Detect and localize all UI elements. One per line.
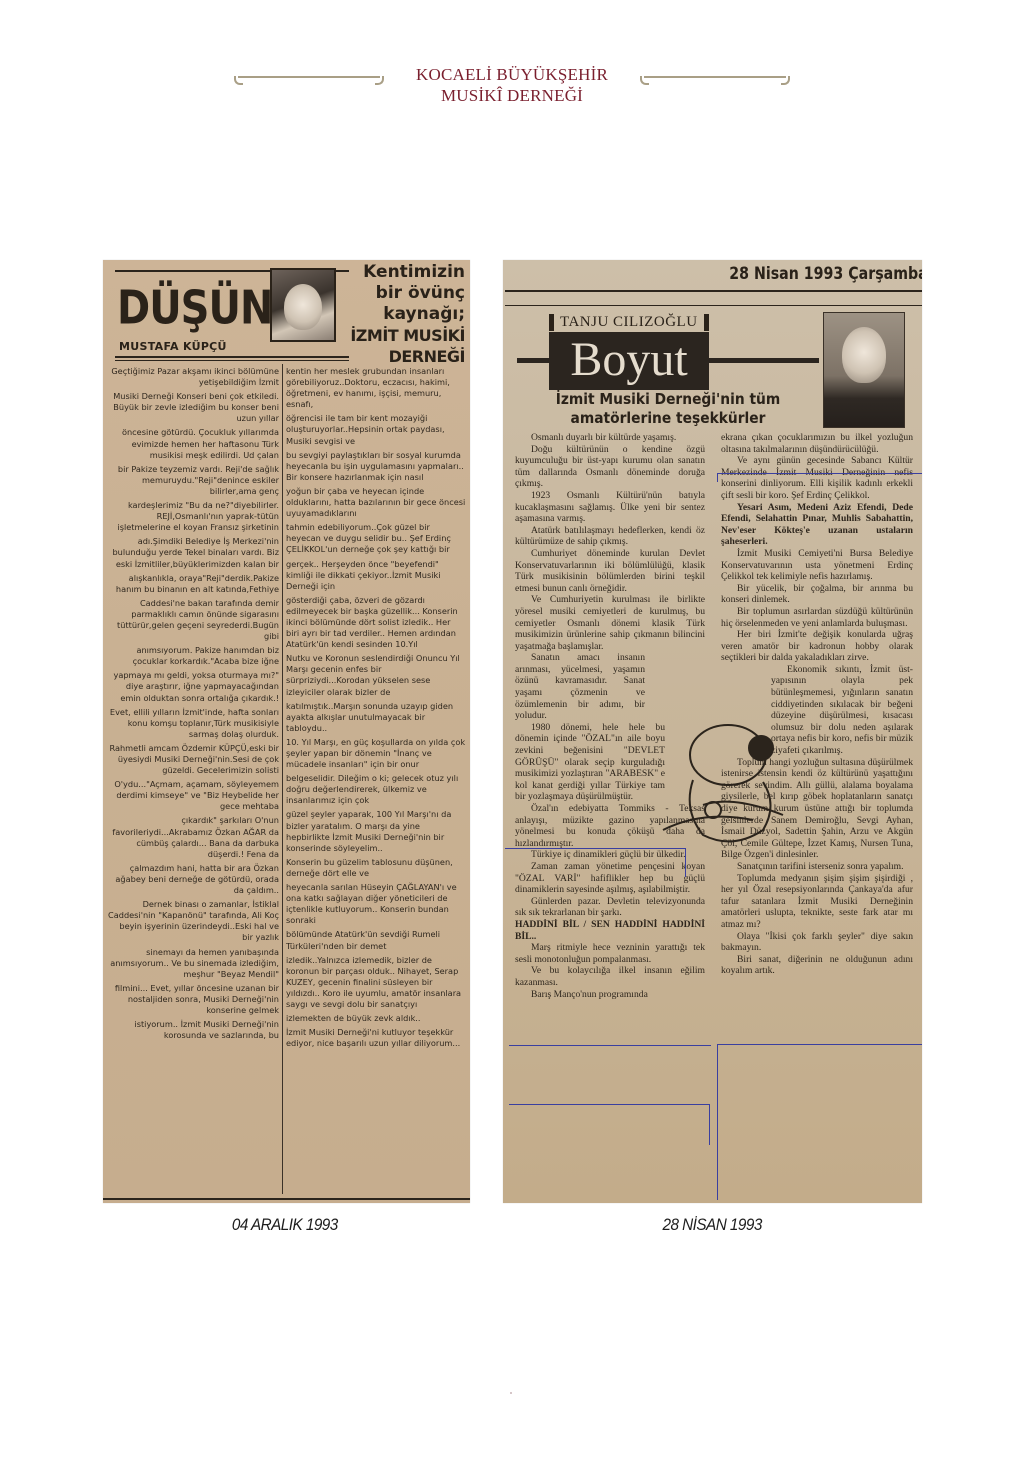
paragraph: Toplum hangi yozluğun sultasına düşürülm… bbox=[721, 757, 913, 861]
paragraph: anımsıyorum. Pakize hanımdan biz çocukla… bbox=[107, 645, 279, 667]
paragraph: Ekonomik sıkıntı, İzmit üst-yapısının ol… bbox=[771, 664, 913, 757]
ornament-right bbox=[644, 76, 786, 88]
top-rule-1 bbox=[505, 290, 922, 292]
author-photo bbox=[823, 312, 905, 428]
ornament-left bbox=[238, 76, 380, 88]
title-line-1: KOCAELİ BÜYÜKŞEHİR bbox=[400, 64, 624, 85]
paragraph: Bir yücelik, bir çoğalma, bir arınma bu … bbox=[721, 583, 913, 606]
paragraph: Atatürk batılılaşmayı hedeflerken, kendi… bbox=[515, 525, 705, 548]
article-column-2: ekrana çıkan çocuklarımızın bu ilkel yoz… bbox=[721, 432, 913, 977]
paragraph: Osmanlı duyarlı bir kültürde yaşamış. bbox=[515, 432, 705, 444]
paragraph: çıkardık" şarkıları O'nun favorileriydi.… bbox=[107, 815, 279, 859]
paragraph: Günlerden pazar. Devletin televizyonunda… bbox=[515, 896, 705, 919]
title-bar-left bbox=[517, 358, 551, 363]
paragraph: Toplumda medyanın şişim şişim şişirdiği … bbox=[721, 873, 913, 931]
publication-date: 28 Nisan 1993 Çarşamba bbox=[730, 264, 922, 283]
caption-left-date: 04 ARALIK 1993 bbox=[232, 1215, 338, 1235]
paragraph: tahmin edebiliyorum..Çok güzel bir heyec… bbox=[286, 522, 466, 555]
paragraph: izlemekten de büyük zevk aldık.. bbox=[286, 1013, 466, 1024]
rule-bottom-1 bbox=[115, 356, 349, 358]
paragraph: Konserin bu güzelim tablosunu düşünen, d… bbox=[286, 857, 466, 879]
paragraph: Biri sanat, diğerinin ne olduğunun adını… bbox=[721, 954, 913, 977]
paragraph: kardeşlerimiz "Bu da ne?"diyebilirler. R… bbox=[107, 500, 279, 533]
paragraph: Bir toplumun asırlardan süzdüğü kültürün… bbox=[721, 606, 913, 629]
title-bar-right bbox=[709, 358, 819, 363]
paragraph: istiyorum.. İzmit Musiki Derneği'nin kor… bbox=[107, 1019, 279, 1041]
paragraph: gerçek.. Herşeyden önce "beyefendi" kiml… bbox=[286, 559, 466, 592]
paragraph: yapmaya mı geldi, yoksa oturmaya mı?" di… bbox=[107, 670, 279, 703]
page-header: KOCAELİ BÜYÜKŞEHİR MUSİKÎ DERNEĞİ bbox=[0, 62, 1024, 112]
paragraph: katılmıştık..Marşın sonunda uzayıp giden… bbox=[286, 701, 466, 734]
paragraph: Evet, ellili yılların İzmit'inde, hafta … bbox=[107, 707, 279, 740]
page-marker bbox=[510, 1392, 512, 1394]
paragraph: öncesine götürdü. Çocukluk yıllarımda ev… bbox=[107, 427, 279, 460]
caption-right-date: 28 NİSAN 1993 bbox=[663, 1215, 762, 1235]
paragraph: bu sevgiyi paylaştıkları bir sosyal kuru… bbox=[286, 450, 466, 483]
newspaper-clipping-dusun: DÜŞÜN MUSTAFA KÜPÇÜ Kentimizin bir övünç… bbox=[103, 260, 470, 1203]
column-title: DÜŞÜN bbox=[117, 282, 272, 335]
paragraph: Geçtiğimiz Pazar akşamı ikinci bölümüne … bbox=[107, 366, 279, 388]
paragraph: Olaya "İkisi çok farklı şeyler" diye sak… bbox=[721, 931, 913, 954]
bottom-rule bbox=[103, 1198, 470, 1200]
paragraph: O'ydu..."Açmam, açamam, söyleyemem derdi… bbox=[107, 779, 279, 812]
column-title: Boyut bbox=[549, 332, 709, 388]
paragraph: filmini... Evet, yıllar öncesine uzanan … bbox=[107, 983, 279, 1016]
paragraph: Rahmetli amcam Özdemir KÜPÇÜ,eski bir üy… bbox=[107, 743, 279, 776]
paragraph: Barış Manço'nun programında bbox=[515, 989, 705, 1001]
paragraph: gösterdiği çaba, özveri de gözardı edilm… bbox=[286, 595, 466, 650]
paragraph: Yesari Asım, Medeni Aziz Efendi, Dede Ef… bbox=[721, 502, 913, 548]
paragraph: sinemayı da hemen yanıbaşında anımsıyoru… bbox=[107, 947, 279, 980]
paragraph: Cumhuriyet döneminde kurulan Devlet Kons… bbox=[515, 548, 705, 594]
column-title-box: Boyut bbox=[549, 332, 709, 390]
paragraph: Her biri İzmit'te değişik konularda uğra… bbox=[721, 629, 913, 664]
article-column-1: Geçtiğimiz Pazar akşamı ikinci bölümüne … bbox=[107, 366, 279, 1044]
paragraph: Dernek binası o zamanlar, İstiklal Cadde… bbox=[107, 899, 279, 943]
paragraph: heyecanla sarılan Hüseyin ÇAĞLAYAN'ı ve … bbox=[286, 882, 466, 926]
paragraph: Ve bu kolaycılığa ilkel insanın eğilim k… bbox=[515, 965, 705, 988]
paragraph: Musiki Derneği Konseri beni çok etkiledi… bbox=[107, 391, 279, 424]
paragraph: bir Pakize teyzemiz vardı. Reji'de sağlı… bbox=[107, 464, 279, 497]
paragraph: çalmazdım hani, hatta bir ara Özkan ağab… bbox=[107, 863, 279, 896]
paragraph: alışkanlıkla, oraya"Reji"derdik.Pakize h… bbox=[107, 573, 279, 595]
association-title: KOCAELİ BÜYÜKŞEHİR MUSİKÎ DERNEĞİ bbox=[400, 64, 624, 106]
paragraph: Sanatçının tarifini isterseniz sonra yap… bbox=[721, 861, 913, 873]
paragraph: Sanatın amacı insanın arınması, yücelmes… bbox=[515, 652, 645, 722]
paragraph: öğrencisi ile tam bir kent mozayiği oluş… bbox=[286, 413, 466, 446]
paragraph: İzmit Musiki Cemiyeti'ni Bursa Belediye … bbox=[721, 548, 913, 583]
paragraph: Caddesi'ne bakan tarafında demir parmakl… bbox=[107, 598, 279, 642]
paragraph: güzel şeyler yaparak, 100 Yıl Marşı'nı d… bbox=[286, 809, 466, 853]
author-photo bbox=[270, 268, 336, 342]
top-rule-2 bbox=[505, 305, 922, 306]
pen-mark bbox=[717, 473, 922, 482]
newspaper-clipping-boyut: 28 Nisan 1993 Çarşamba TANJU CILIZOĞLU B… bbox=[503, 260, 922, 1203]
pen-mark bbox=[717, 1044, 922, 1200]
paragraph: yoğun bir çaba ve heyecan içinde oldukla… bbox=[286, 486, 466, 519]
pen-mark bbox=[505, 848, 686, 877]
author-name: TANJU CILIZOĞLU bbox=[549, 314, 709, 331]
paragraph: Marş ritmiyle hece vezninin yarattığı te… bbox=[515, 942, 705, 965]
paragraph: Nutku ve Koronun seslendirdiği Onuncu Yı… bbox=[286, 653, 466, 697]
paragraph: Ve Cumhuriyetin kurulması ile birlikte y… bbox=[515, 594, 705, 652]
paragraph: belgeselidir. Dileğim o ki; gelecek otuz… bbox=[286, 773, 466, 806]
title-line-2: MUSİKÎ DERNEĞİ bbox=[400, 85, 624, 106]
paragraph: kentin her meslek grubundan insanları gö… bbox=[286, 366, 466, 410]
paragraph: bölümünde Atatürk'ün sevdiği Rumeli Türk… bbox=[286, 929, 466, 951]
paragraph: 1923 Osmanlı Kültürü'nün batıyla kucakla… bbox=[515, 490, 705, 525]
article-column-2: kentin her meslek grubundan insanları gö… bbox=[286, 366, 466, 1052]
paragraph: İzmit Musiki Derneği'ni kutluyor teşekkü… bbox=[286, 1027, 466, 1049]
paragraph: Doğu kültürünün o kendine özgü kuyumculu… bbox=[515, 444, 705, 490]
pen-mark bbox=[509, 1045, 711, 1047]
author-name: MUSTAFA KÜPÇÜ bbox=[119, 340, 227, 353]
paragraph: ekrana çıkan çocuklarımızın bu ilkel yoz… bbox=[721, 432, 913, 455]
paragraph: adı.Şimdiki Belediye İş Merkezi'nin bulu… bbox=[107, 536, 279, 569]
pen-mark bbox=[509, 1104, 710, 1145]
rule-bottom-2 bbox=[115, 360, 349, 361]
paragraph: HADDİNİ BİL / SEN HADDİNİ HADDİNİ BİL.. bbox=[515, 919, 705, 942]
headline: İzmit Musiki Derneği'nin tüm amatörlerin… bbox=[535, 390, 802, 428]
column-divider bbox=[282, 364, 283, 1194]
paragraph: 10. Yıl Marşı, en güç koşullarda on yıld… bbox=[286, 737, 466, 770]
headline: Kentimizin bir övünç kaynağı; İZMİT MUSİ… bbox=[347, 262, 465, 367]
paragraph: izledik..Yalnızca izlemedik, bizler de k… bbox=[286, 955, 466, 1010]
